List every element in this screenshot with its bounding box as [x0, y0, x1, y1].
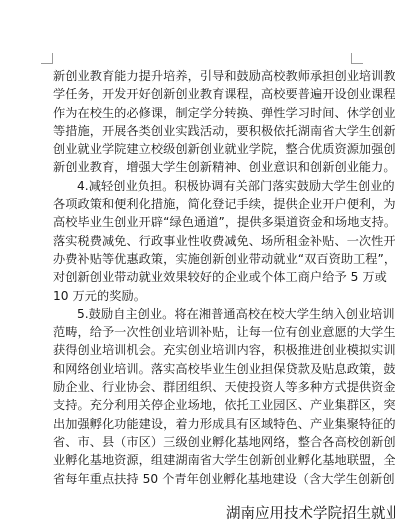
- text-line: 支持。充分利用关停企业场地，依托工业园区、产业集群区，突: [53, 396, 353, 414]
- text-line: 对创新创业带动就业效果较好的企业或个体工商户给予 5 万或: [53, 268, 353, 286]
- text-line: 出加强孵化功能建设，着力形成具有区域特色、产业集聚特征的: [53, 415, 353, 433]
- text-line: 新创业教育，增强大学生创新精神、创业意识和创新创业能力。: [53, 158, 353, 176]
- text-line: 落实税费减免、行政事业性收费减免、场所租金补贴、一次性开: [53, 232, 353, 250]
- watermark-text: 湖南应用技术学院招生就业处: [226, 502, 395, 523]
- text-line: 新创业教育能力提升培养，引导和鼓励高校教师承担创业培训教: [53, 67, 353, 85]
- text-line: 学任务，开发开好创新创业教育课程，高校要普遍开设创业课程: [53, 85, 353, 103]
- text-line: 省每年重点扶持 50 个青年创业孵化基地建设（含大学生创新创: [53, 470, 353, 488]
- text-line: 等措施，开展各类创业实践活动，要积极依托湖南省大学生创新: [53, 122, 353, 140]
- text-line: 创业就业学院建立校级创新创业就业学院，整合优质资源加强创: [53, 140, 353, 158]
- text-line: 作为在校生的必修课，制定学分转换、弹性学习时间、休学创业: [53, 104, 353, 122]
- document-body: 新创业教育能力提升培养，引导和鼓励高校教师承担创业培训教学任务，开发开好创新创业…: [53, 67, 353, 488]
- text-line: 各项政策和便利化措施，简化登记手续，提供企业开户便利，为: [53, 195, 353, 213]
- text-line: 省、市、县（市区）三级创业孵化基地网络，整合各高校创新创: [53, 433, 353, 451]
- text-line: 范畴，给予一次性创业培训补贴，让每一位有创业意愿的大学生: [53, 323, 353, 341]
- text-line: 办费补贴等优惠政策，实施创新创业带动就业“双百资助工程”，: [53, 250, 353, 268]
- text-line: 4.减轻创业负担。积极协调有关部门落实鼓励大学生创业的: [53, 177, 353, 195]
- text-line: 业孵化基地资源，组建湖南省大学生创新创业孵化基地联盟，全: [53, 451, 353, 469]
- text-line: 5.鼓励自主创业。将在湘普通高校在校大学生纳入创业培训: [53, 305, 353, 323]
- text-line: 高校毕业生创业开辟“绿色通道”，提供多渠道资金和场地支持。: [53, 213, 353, 231]
- text-line: 励企业、行业协会、群团组织、天使投资人等多种方式提供资金: [53, 378, 353, 396]
- margin-corner-top-right: [351, 53, 363, 64]
- text-line: 10 万元的奖励。: [53, 287, 353, 305]
- text-line: 和网络创业培训。落实高校毕业生创业担保贷款及贴息政策，鼓: [53, 360, 353, 378]
- text-line: 获得创业培训机会。充实创业培训内容，积极推进创业模拟实训: [53, 341, 353, 359]
- margin-corner-top-left: [41, 53, 53, 64]
- document-page: 新创业教育能力提升培养，引导和鼓励高校教师承担创业培训教学任务，开发开好创新创业…: [0, 0, 395, 527]
